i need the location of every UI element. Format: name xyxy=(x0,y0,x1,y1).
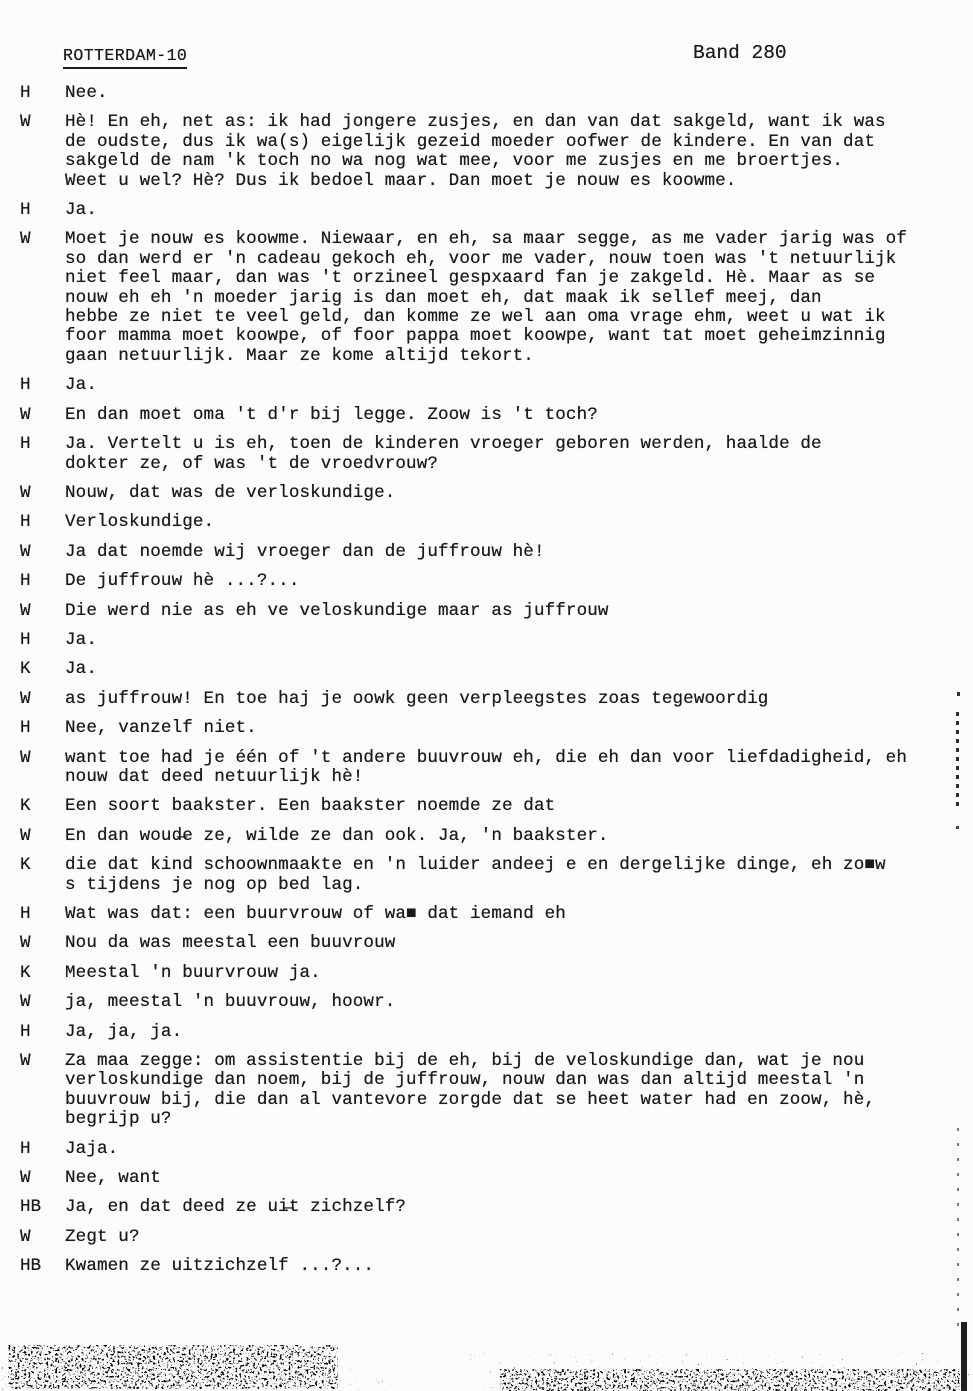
document-page: ROTTERDAM-10 Band 280 H Nee. W Hè! En eh… xyxy=(0,0,973,1391)
scan-noise-overlay xyxy=(0,0,973,1330)
scan-noise-bottom xyxy=(0,1325,973,1391)
